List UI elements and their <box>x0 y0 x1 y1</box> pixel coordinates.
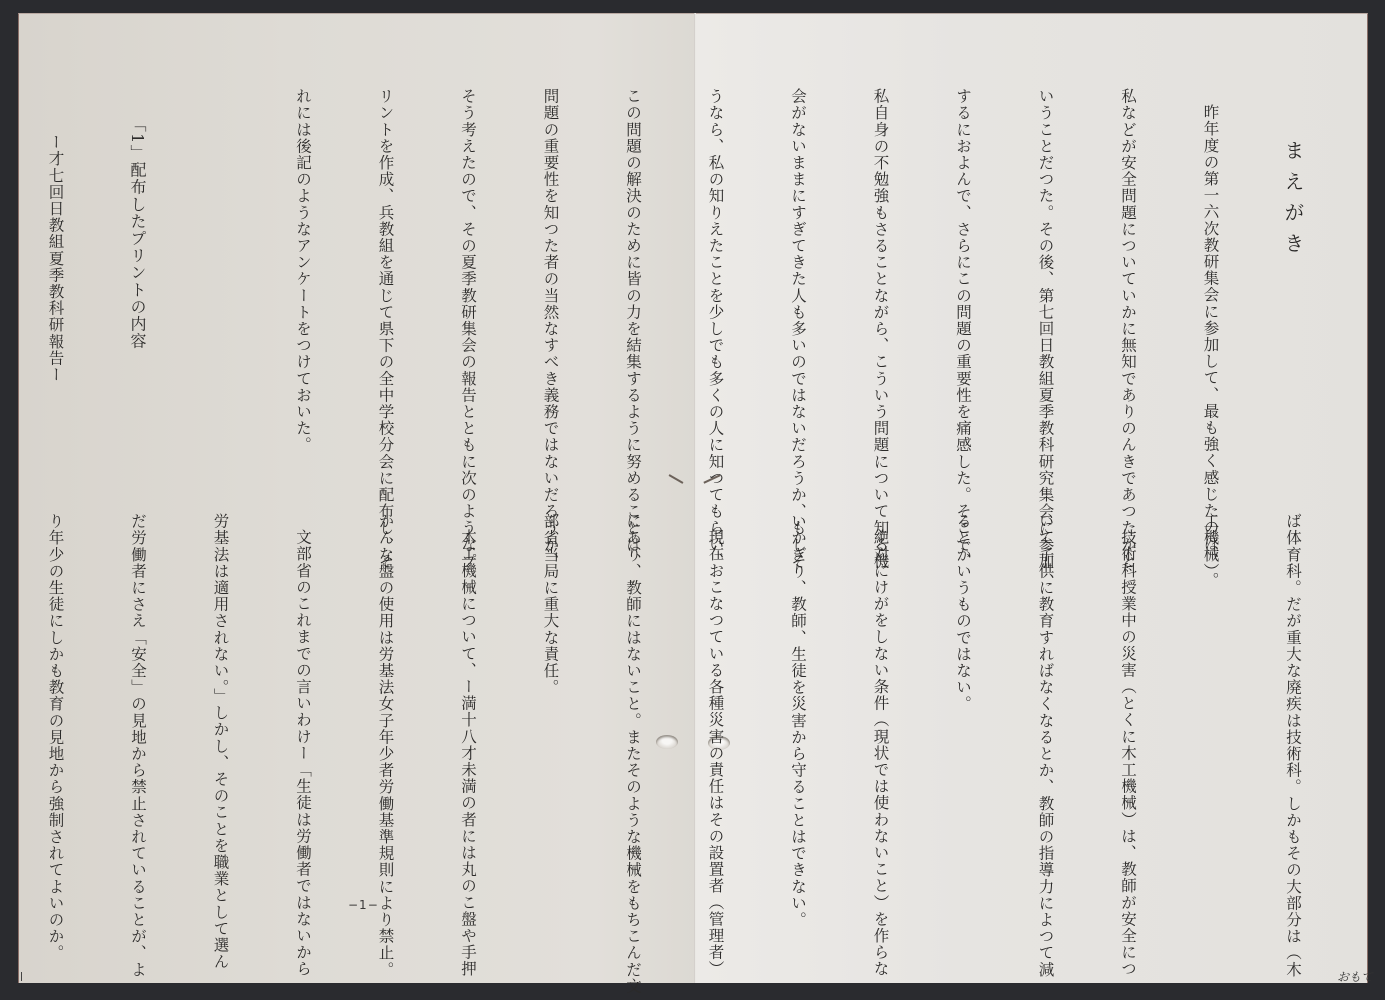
text-column: るとかいうものではない。 <box>949 513 977 873</box>
text-column: ば体育科。だが重大な廃疾は技術科。しかもその大部分は（木 <box>1279 513 1307 873</box>
text-column: 技術科授業中の災害（とくに木工機械）は、教師が安全につ <box>1114 513 1142 873</box>
blank-column <box>206 88 234 488</box>
margin-mark <box>21 972 22 981</box>
text-column: 会がないままにすぎてきた人も多いのではないだろうか、もしそ <box>784 88 812 488</box>
text-column: そう考えたので、その夏季教研集会の報告とともに次のようなプ <box>454 88 482 488</box>
text-column: 昨年度の第一六次教研集会に参加して、最も強く感じたのは、 <box>1196 88 1224 488</box>
page-number: −1− <box>348 898 379 912</box>
text-column: いて子供に教育すればなくなるとか、教師の指導力によつて減 <box>1031 513 1059 873</box>
text-column: 問題の重要性を知つた者の当然なすべき義務ではないだろうか、 <box>536 88 564 488</box>
handwritten-corner-note: おもて <box>1337 968 1373 985</box>
text-column: この問題の解決のために皆の力を結集するように努めることは、 <box>619 88 647 488</box>
text-column: 労基法は適用されない。」しかし、そのことを職業として選ん <box>206 513 234 873</box>
text-column: 文部省のこれまでの言いわけー「生徒は労働者ではないから <box>289 513 317 873</box>
text-column: にあり、教師にはないこと。またそのような機械をもちこんだ文 <box>619 513 647 873</box>
text-column: うなら、私の知りえたことを少しでも多くの人に知つてもらい、 <box>701 88 729 488</box>
lower-text-block: ば体育科。だが重大な廃疾は技術科。しかもその大部分は（木 工機械）。 技術科授業… <box>0 513 1361 873</box>
text-column: 私自身の不勉強もさることながら、こういう問題について知る機 <box>866 88 894 488</box>
text-column: かんな盤の使用は労基法女子年少者労働基準規則により禁止。 <box>371 513 399 873</box>
text-column: 絶対にけがをしない条件（現状では使わないこと）を作らな <box>866 513 894 873</box>
text-column: れには後記のようなアンケートをつけておいた。 <box>289 88 317 488</box>
text-column: いうことだつた。その後、第七回日教組夏季教科研究集会に参加 <box>1031 88 1059 488</box>
text-column: 木工機械について、ー満十八才未満の者には丸のこ盤や手押 <box>454 513 482 873</box>
text-column: いかぎり、教師、生徒を災害から守ることはできない。 <box>784 513 812 873</box>
text-column: 部省当局に重大な責任。 <box>536 513 564 873</box>
section-heading: 「1」配布したプリントの内容 <box>124 88 152 488</box>
document-title: まえがき <box>1279 88 1307 488</box>
text-column: 工機械）。 <box>1196 513 1224 873</box>
text-column: 現在おこなつている各種災害の責任はその設置者（管理者） <box>701 513 729 873</box>
text-column: り年少の生徒にしかも教育の見地から強制されてよいのか。 <box>41 513 69 873</box>
upper-text-block: まえがき 昨年度の第一六次教研集会に参加して、最も強く感じたのは、 私などが安全… <box>0 88 1361 488</box>
section-subheading: ー才七回日教組夏季教科研報告ー <box>41 88 69 488</box>
text-column: リントを作成、兵教組を通じて県下の全中学校分会に配布し、そ <box>371 88 399 488</box>
text-column: するにおよんで、さらにこの問題の重要性を痛感した。そこで、 <box>949 88 977 488</box>
text-column: だ労働者にさえ「安全」の見地から禁止されていることが、よ <box>124 513 152 873</box>
text-column: 私などが安全問題についていかに無知でありのんきであつたかと <box>1114 88 1142 488</box>
